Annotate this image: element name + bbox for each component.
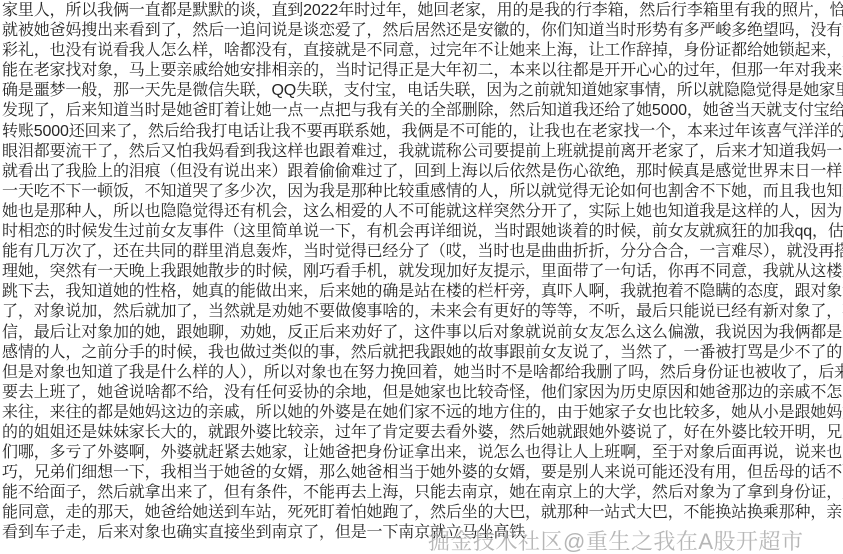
text-line: 看到车子走，后来对象也确实直接坐到南京了，但是一下南京就立马坐高铁 [2, 523, 843, 543]
text-line: 信，最后让对象加的她，跟她聊，劝她，反正后来劝好了，这件事以后对象就说前女友怎么… [2, 323, 843, 343]
text-line: 确是噩梦一般，那一天先是微信失联，QQ失联，支付宝，电话失联，因为之前就知道她家… [2, 81, 843, 101]
text-line: 但是对象也知道了我是什么样的人），所以对象也在努力挽回着，她当时不是啥都给我删了… [2, 363, 843, 383]
text-line: 眼泪都要流干了，然后又怕我妈看到我这样也跟着难过，我就谎称公司要提前上班就提前离… [2, 142, 843, 162]
text-line: 就看出了我脸上的泪痕（但没有说出来）跟着偷偷难过了，回到上海以后依然是伤心欲绝，… [2, 162, 843, 182]
post-text: 家里人，所以我俩一直都是默默的谈，直到2022年时过年，她回老家，用的是我的行李… [2, 1, 843, 544]
text-line: 就被她爸妈搜出来看到了，然后一追问说是谈恋爱了，然后居然还是安徽的，你们知道当时… [2, 21, 843, 41]
text-line: 感情的人，之前分手的时候，我也做过类似的事，然后就把我跟她的故事跟前女友说了，当… [2, 343, 843, 363]
text-line: 跳下去，我知道她的性格，她真的能做出来，后来她的确是站在楼的栏杆旁，真吓人啊，我… [2, 282, 843, 302]
text-line: 要去上班了，她爸说啥都不给，没有任何妥协的余地，但是她家也比较奇怪，他们家因为历… [2, 383, 843, 403]
text-line: 时相恋的时候发生过前女友事件（这里简单说一下，有机会再详细说，当时跟她谈着的时候… [2, 222, 843, 242]
text-line: 能有几万次了，还在共同的群里消息轰炸，当时觉得已经分了（哎，当时也是曲曲折折，分… [2, 242, 843, 262]
text-line: 了，对象说加，然后就加了，当然就是劝她不要做傻事啥的，未来会有更好的等等，不听，… [2, 302, 843, 322]
text-line: 她也是那种人，所以也隐隐觉得还有机会，这么相爱的人不可能就这样突然分开了，实际上… [2, 202, 843, 222]
text-line: 能不给面子，然后就拿出来了，但有条件，不能再去上海，只能去南京，她在南京上的大学… [2, 483, 843, 503]
text-line: 家里人，所以我俩一直都是默默的谈，直到2022年时过年，她回老家，用的是我的行李… [2, 1, 843, 21]
text-line: 转账5000还回来了，然后给我打电话让我不要再联系她，我俩是不可能的，让我也在老… [2, 122, 843, 142]
text-line: 一天吃不下一顿饭，不知道哭了多少次，因为我是那种比较重感情的人，所以就觉得无论如… [2, 182, 843, 202]
text-line: 的的姐姐还是妹妹家长大的，就跟外婆比较亲，过年了肯定要去看外婆，然后她就跟她外婆… [2, 423, 843, 443]
text-line: 来往，来往的都是她妈这边的亲戚，所以她的外婆是在她们家不远的地方住的，由于她家子… [2, 403, 843, 423]
text-line: 能在老家找对象，马上要亲戚给她安排相亲的，当时记得正是大年初二，本来以往都是开开… [2, 61, 843, 81]
text-line: 理她，突然有一天晚上我跟她散步的时候，刚巧看手机，就发现加好友提示，里面带了一句… [2, 262, 843, 282]
text-line: 发现了，后来知道当时是她爸盯着让她一点一点把与我有关的全部删除，然后知道我还给了… [2, 101, 843, 121]
text-line: 能同意，走的那天，她爸给她送到车站，死死盯着怕她跑了，然后坐的大巴，就那种一站式… [2, 503, 843, 523]
text-line: 们哪，多亏了外婆啊，外婆就赶紧去她家，让她爸把身份证拿出来，说怎么也得让人上班啊… [2, 443, 843, 463]
text-line: 巧，兄弟们细想一下，我相当于她爸的女婿，那么她爸相当于她外婆的女婿，要是别人来说… [2, 463, 843, 483]
text-line: 彩礼，也没有说看我人怎么样，啥都没有，直接就是不同意，过完年不让她来上海，让工作… [2, 41, 843, 61]
